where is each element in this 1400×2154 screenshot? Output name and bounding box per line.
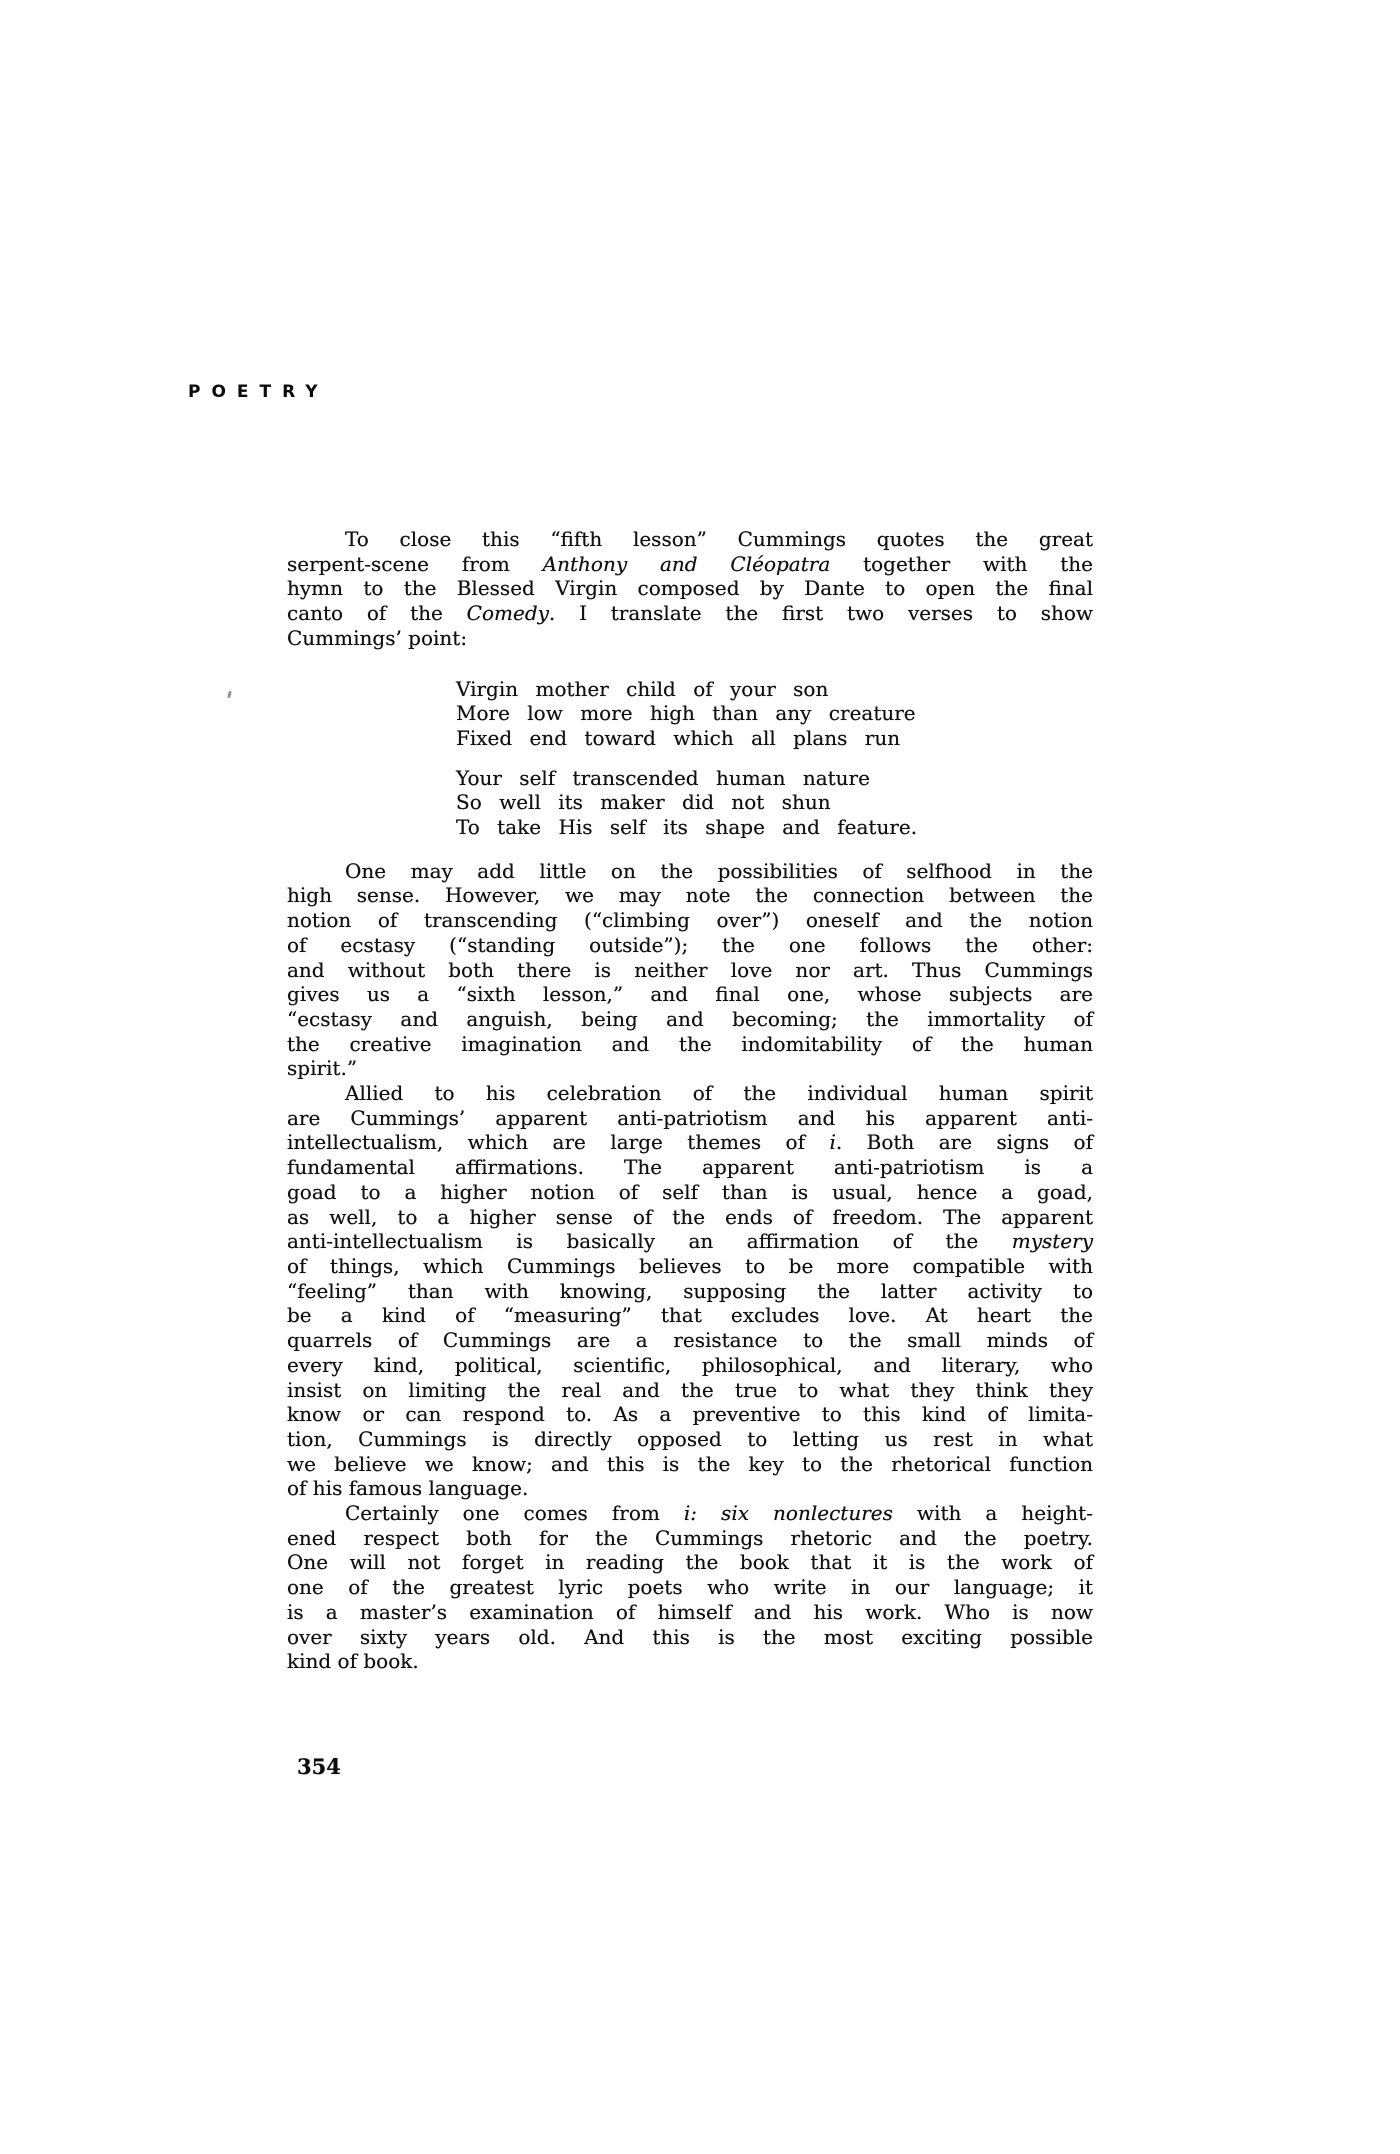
text-line: the creative imagination and the indomit… [287,1032,1093,1057]
text-line: tion, Cummings is directly opposed to le… [287,1427,1093,1452]
text-line: hymn to the Blessed Virgin composed by D… [287,576,1093,601]
text-line: kind of book. [287,1649,1093,1674]
text-line: ened respect both for the Cummings rheto… [287,1526,1093,1551]
text-line: one of the greatest lyric poets who writ… [287,1575,1093,1600]
text-line: of his famous language. [287,1476,1093,1501]
text-line: gives us a “sixth lesson,” and final one… [287,982,1093,1007]
page-number: 354 [297,1754,341,1779]
text-line: we believe we know; and this is the key … [287,1452,1093,1477]
text-line: Certainly one comes from i: six nonlectu… [287,1501,1093,1526]
paragraph: To close this “fifth lesson” Cummings qu… [287,527,1093,651]
text-line: know or can respond to. As a preventive … [287,1402,1093,1427]
text-line: More low more high than any creature [456,701,1093,726]
text-line: To take His self its shape and feature. [456,815,1093,840]
text-line: To close this “fifth lesson” Cummings qu… [287,527,1093,552]
text-line: of things, which Cummings believes to be… [287,1254,1093,1279]
text-line: One will not forget in reading the book … [287,1550,1093,1575]
text-line: Fixed end toward which all plans run [456,726,1093,751]
scanned-page: POETRY To close this “fifth lesson” Cumm… [0,0,1400,2154]
text-line: be a kind of “measuring” that excludes l… [287,1303,1093,1328]
text-line: intellectualism, which are large themes … [287,1130,1093,1155]
text-line: of ecstasy (“standing outside”); the one… [287,933,1093,958]
text-line: “feeling” than with knowing, supposing t… [287,1279,1093,1304]
text-line: every kind, political, scientific, philo… [287,1353,1093,1378]
text-line: and without both there is neither love n… [287,958,1093,983]
article-text-column: To close this “fifth lesson” Cummings qu… [287,527,1093,1674]
text-line: Allied to his celebration of the individ… [287,1081,1093,1106]
text-line: Virgin mother child of your son [456,677,1093,702]
text-line: goad to a higher notion of self than is … [287,1180,1093,1205]
text-line: over sixty years old. And this is the mo… [287,1625,1093,1650]
text-line: high sense. However, we may note the con… [287,883,1093,908]
text-line: Your self transcended human nature [456,766,1093,791]
text-line: canto of the Comedy. I translate the fir… [287,601,1093,626]
text-line: are Cummings’ apparent anti-patriotism a… [287,1106,1093,1131]
ink-speck [227,691,232,699]
paragraph: One may add little on the possibilities … [287,859,1093,1081]
text-line: fundamental affirmations. The apparent a… [287,1155,1093,1180]
text-line: Cummings’ point: [287,626,1093,651]
paragraph: Certainly one comes from i: six nonlectu… [287,1501,1093,1674]
paragraph: Allied to his celebration of the individ… [287,1081,1093,1501]
verse-stanza: Your self transcended human natureSo wel… [287,766,1093,840]
text-line: serpent-scene from Anthony and Cléopatra… [287,552,1093,577]
journal-title: POETRY [188,382,329,402]
text-line: “ecstasy and anguish, being and becoming… [287,1007,1093,1032]
text-line: insist on limiting the real and the true… [287,1378,1093,1403]
text-line: notion of transcending (“climbing over”)… [287,908,1093,933]
text-line: is a master’s examination of himself and… [287,1600,1093,1625]
verse-stanza: Virgin mother child of your sonMore low … [287,677,1093,751]
text-line: spirit.” [287,1056,1093,1081]
text-line: anti-intellectualism is basically an aff… [287,1229,1093,1254]
text-line: So well its maker did not shun [456,790,1093,815]
text-line: quarrels of Cummings are a resistance to… [287,1328,1093,1353]
text-line: One may add little on the possibilities … [287,859,1093,884]
text-line: as well, to a higher sense of the ends o… [287,1205,1093,1230]
